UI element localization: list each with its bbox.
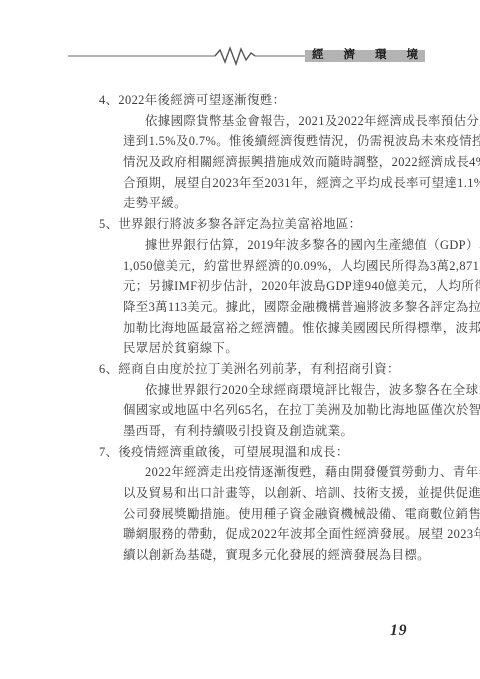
section-heading: 4、2022年後經濟可望逐漸復甦：: [99, 90, 429, 111]
paragraph-line: 依據國際貨幣基金會報告，2021及2022年經濟成長率預估分別可: [99, 111, 429, 132]
paragraph-line: 達到1.5%及0.7%。惟後續經濟復甦情況，仍需視波島未來疫情控制: [99, 131, 429, 152]
header-title-char: 境: [407, 50, 419, 62]
paragraph-line: 2022年經濟走出疫情逐漸復甦，藉由開發優質勞動力、青年發展: [99, 462, 429, 483]
paragraph-line: 1,050億美元，約當世界經濟的0.09%，人均國民所得為3萬2,871美: [99, 256, 429, 277]
paragraph-line: 墨西哥，有利持續吸引投資及創造就業。: [99, 421, 429, 442]
section-heading: 7、後疫情經濟重啟後，可望展現溫和成長：: [99, 442, 429, 463]
paragraph-line: 情況及政府相關經濟振興措施成效而隨時調整，2022經濟成長4%符: [99, 152, 429, 173]
body-text: 4、2022年後經濟可望逐漸復甦：依據國際貨幣基金會報告，2021及2022年經…: [99, 90, 429, 566]
header-title-char: 環: [375, 50, 387, 62]
section-heading: 6、經商自由度於拉丁美洲名列前茅，有利招商引資：: [99, 359, 429, 380]
paragraph-line: 民眾居於貧窮線下。: [99, 338, 429, 359]
paragraph-line: 以及貿易和出口計畫等，以創新、培訓、技術支援，並提供促進當地: [99, 483, 429, 504]
paragraph-line: 續以創新為基礎，實現多元化發展的經濟發展為目標。: [99, 545, 429, 566]
paragraph-line: 聯網服務的帶動，促成2022年波邦全面性經濟發展。展望 2023年持: [99, 524, 429, 545]
paragraph-line: 據世界銀行估算，2019年波多黎各的國內生產總值（GDP）為: [99, 235, 429, 256]
header-title-bar: 經濟環境: [305, 50, 425, 62]
paragraph-line: 合預期，展望自2023年至2031年，經濟之平均成長率可望達1.1%，: [99, 173, 429, 194]
header-title-char: 經: [312, 50, 324, 62]
paragraph-line: 元；另據IMF初步估計，2020年波島GDP達940億美元，人均所得略: [99, 276, 429, 297]
paragraph-line: 公司發展獎勵措施。使用種子資金融資機械設備、電商數位銷售和互: [99, 504, 429, 525]
paragraph-line: 走勢平緩。: [99, 193, 429, 214]
document-page: 經濟環境 4、2022年後經濟可望逐漸復甦：依據國際貨幣基金會報告，2021及2…: [0, 0, 480, 679]
paragraph-line: 個國家或地區中名列65名，在拉丁美洲及加勒比海地區僅次於智利及: [99, 400, 429, 421]
paragraph-line: 加勒比海地區最富裕之經濟體。惟依據美國國民所得標準，波邦45%: [99, 318, 429, 339]
page-number: 19: [390, 622, 408, 640]
section-heading: 5、世界銀行將波多黎各評定為拉美富裕地區：: [99, 214, 429, 235]
paragraph-line: 依據世界銀行2020全球經商環境評比報告，波多黎各在全球190: [99, 380, 429, 401]
header-title-char: 濟: [344, 50, 356, 62]
paragraph-line: 降至3萬113美元。據此，國際金融機構普遍將波多黎各評定為拉美及: [99, 297, 429, 318]
heartbeat-pulse-line-icon: [68, 44, 305, 68]
